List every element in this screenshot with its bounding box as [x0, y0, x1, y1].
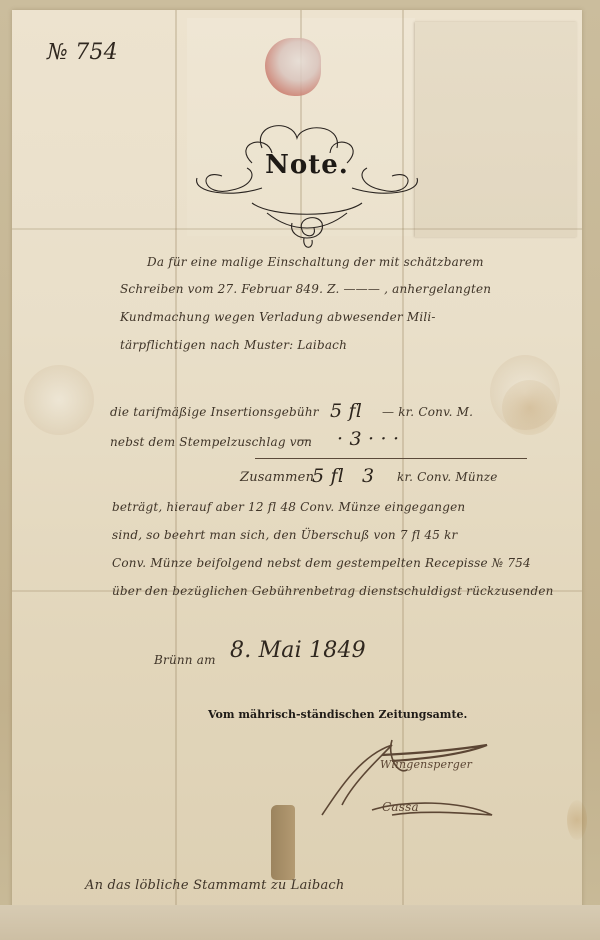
closing-line: über den bezüglichen Gebührenbetrag dien… [112, 584, 554, 598]
issuer-stamp: Vom mährisch-ständischen Zeitungsamte. [208, 708, 467, 721]
fee-kr: — kr. Conv. M. [382, 405, 473, 419]
sum-rule [255, 458, 527, 459]
stain [502, 380, 557, 435]
signature-name: Wlingensperger [380, 758, 472, 771]
signature-title: Cassa [382, 800, 419, 814]
signature-flourish-icon [312, 725, 542, 835]
background-surface [0, 905, 600, 940]
body-line: Da für eine malige Einschaltung der mit … [147, 255, 484, 269]
document-title: Note. [192, 150, 422, 180]
document-sheet: № 754 Note. Da für eine malige Einschalt… [12, 10, 582, 920]
body-line: tärpflichtigen nach Muster: Laibach [120, 338, 347, 352]
stain [567, 800, 587, 840]
red-wax-seal-remnant [265, 38, 321, 96]
flourish-icon [192, 118, 422, 258]
total-kr: 3 [362, 465, 374, 487]
reference-number: № 754 [47, 40, 118, 65]
total-currency: kr. Conv. Münze [397, 470, 498, 484]
folded-panel-top-right [415, 22, 577, 237]
embossed-seal [24, 365, 94, 435]
body-line: Schreiben vom 27. Februar 849. Z. ——— , … [120, 282, 491, 296]
title-ornament: Note. [192, 118, 422, 258]
address-line: An das löbliche Stammamt zu Laibach [85, 878, 344, 893]
total-label: Zusammen [240, 470, 314, 485]
closing-line: sind, so beehrt man sich, den Überschuß … [112, 528, 457, 542]
fee-fl: — [297, 432, 311, 448]
closing-line: beträgt, hierauf aber 12 fl 48 Conv. Mün… [112, 500, 465, 514]
paper-hole [271, 805, 295, 880]
fee-label: die tarifmäßige Insertionsgebühr [110, 405, 319, 419]
body-line: Kundmachung wegen Verladung abwesender M… [120, 310, 436, 324]
place: Brünn am [154, 653, 216, 667]
fold-line [175, 10, 177, 920]
date: 8. Mai 1849 [230, 638, 366, 663]
total-fl: 5 fl [312, 465, 344, 487]
closing-line: Conv. Münze beifolgend nebst dem gestemp… [112, 556, 531, 570]
fee-fl: 5 fl [330, 400, 362, 422]
fee-kr: · 3 · · · [337, 428, 399, 450]
fee-label: nebst dem Stempelzuschlag von [110, 435, 312, 449]
